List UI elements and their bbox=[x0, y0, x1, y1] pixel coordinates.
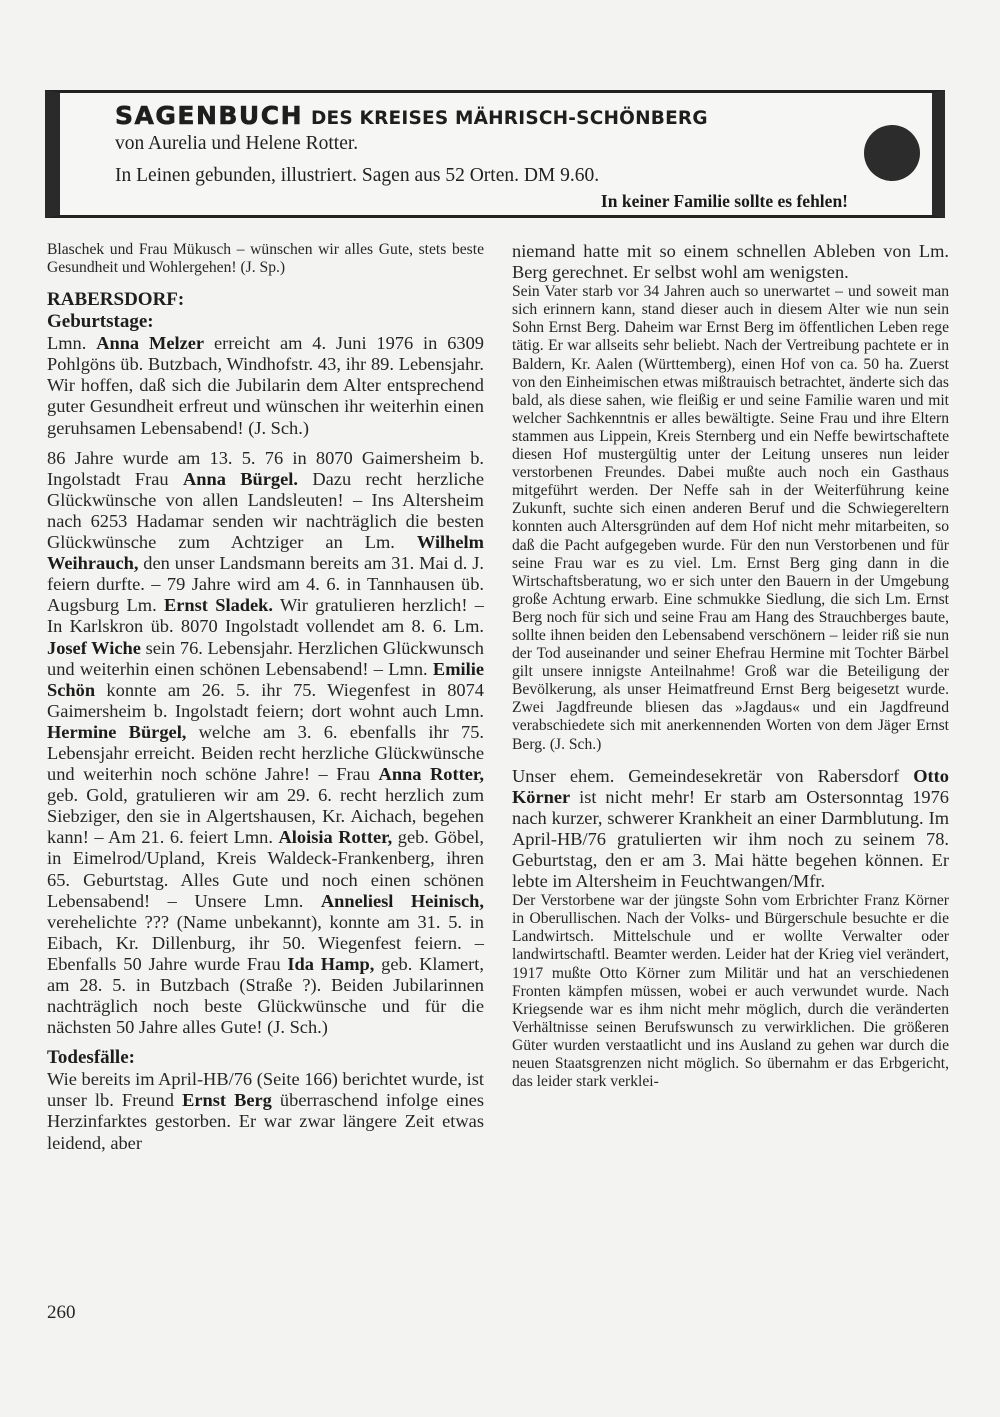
intro-paragraph: Blaschek und Frau Mükusch – wünschen wir… bbox=[47, 241, 484, 277]
birthdays-heading: Geburtstage: bbox=[47, 311, 484, 333]
person-name: Anna Rotter, bbox=[379, 764, 484, 784]
obituary-berg-body: Sein Vater starb vor 34 Jahren auch so u… bbox=[512, 283, 949, 753]
ad-details: In Leinen gebunden, illustriert. Sagen a… bbox=[115, 165, 599, 187]
ad-title: SAGENBUCHDES KREISES MÄHRISCH-SCHÖNBERG bbox=[115, 101, 708, 130]
death-paragraph-1: Wie bereits im April-HB/76 (Seite 166) b… bbox=[47, 1069, 484, 1153]
person-name: Ernst Berg bbox=[182, 1090, 272, 1110]
right-column: niemand hatte mit so einem schnellen Abl… bbox=[512, 241, 949, 1091]
ad-title-book: SAGENBUCH bbox=[115, 101, 303, 130]
advertisement-box: SAGENBUCHDES KREISES MÄHRISCH-SCHÖNBERG … bbox=[45, 90, 945, 218]
bullet-dot-icon bbox=[864, 125, 920, 181]
obituary-berg-lead: niemand hatte mit so einem schnellen Abl… bbox=[512, 241, 949, 283]
deaths-heading: Todesfälle: bbox=[47, 1047, 484, 1069]
person-name: Anneliesl Heinisch, bbox=[321, 891, 484, 911]
person-name: Ernst Sladek. bbox=[164, 595, 273, 615]
person-name: Josef Wiche bbox=[47, 638, 141, 658]
person-name: Ida Hamp, bbox=[287, 954, 374, 974]
ad-title-district: DES KREISES MÄHRISCH-SCHÖNBERG bbox=[311, 108, 708, 129]
person-name: Anna Melzer bbox=[96, 333, 204, 353]
birthday-paragraph-1: Lmn. Anna Melzer erreicht am 4. Juni 197… bbox=[47, 333, 484, 438]
page-number: 260 bbox=[47, 1302, 76, 1324]
ad-authors: von Aurelia und Helene Rotter. bbox=[115, 133, 358, 155]
person-name: Aloisia Rotter, bbox=[279, 827, 393, 847]
person-name: Hermine Bürgel, bbox=[47, 722, 186, 742]
obituary-koerner-lead: Unser ehem. Gemeindesekretär von Rabersd… bbox=[512, 766, 949, 893]
section-title-rabersdorf: RABERSDORF: bbox=[47, 289, 484, 311]
person-name: Anna Bürgel. bbox=[183, 469, 298, 489]
left-column: Blaschek und Frau Mükusch – wünschen wir… bbox=[47, 241, 484, 1154]
ad-slogan: In keiner Familie sollte es fehlen! bbox=[601, 191, 848, 212]
birthday-paragraph-2: 86 Jahre wurde am 13. 5. 76 in 8070 Gaim… bbox=[47, 448, 484, 1039]
obituary-koerner-body: Der Verstorbene war der jüngste Sohn vom… bbox=[512, 892, 949, 1091]
